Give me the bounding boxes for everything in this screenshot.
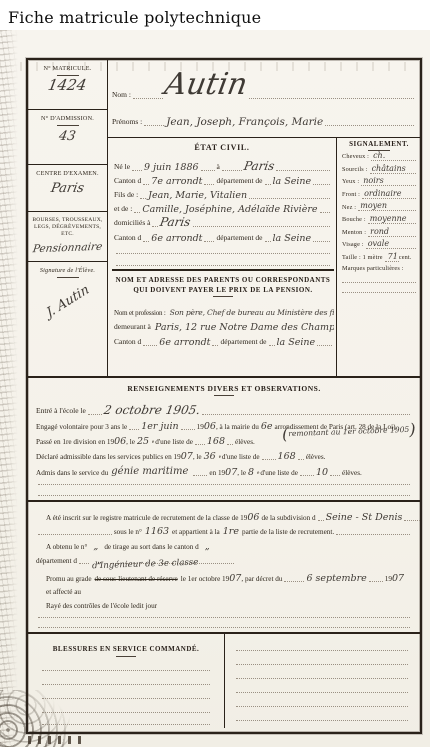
entre-row: Entré à l'école le 2 octobre 1905. [36, 402, 412, 416]
pension-rule [112, 269, 334, 271]
dotted-rule [88, 411, 102, 415]
dotted-rule [269, 342, 275, 346]
year-value: 06 [204, 422, 216, 432]
label: Nom et profession : [114, 309, 166, 317]
blank-row [234, 646, 410, 652]
dotted-rule [320, 209, 331, 213]
demeurant-row: demeurant à Paris, 12 rue Notre Dame des… [114, 320, 334, 332]
dotted-rule [265, 238, 271, 242]
centre-examen-box: CENTRE D'EXAMEN. Paris [28, 165, 107, 212]
ordinal-mark: e [152, 440, 154, 446]
label: et de : [114, 205, 132, 214]
blank-row [36, 613, 412, 619]
label: 19 [385, 575, 392, 583]
signalement-row: Menton : rond [342, 228, 416, 237]
dotted-rule [262, 456, 276, 460]
label: A obtenu le n° [46, 543, 87, 551]
label: cent. [399, 254, 412, 262]
label: Engagé volontaire pour 3 ans le [36, 423, 127, 431]
front-value: ordinaire [362, 190, 416, 199]
signature-box: Signature de l'Élève. J. Autin [28, 262, 107, 376]
father-row: Fils de : Jean, Marie, Vitalien [114, 188, 332, 200]
nom-value: Autin [162, 70, 249, 100]
dotted-rule [404, 517, 420, 521]
label: Nez : [342, 204, 356, 212]
blank-row [234, 702, 410, 708]
matricule-box: N° MATRICULE. 1424 [28, 60, 107, 110]
prenoms-row: Prénoms : Jean, Joseph, François, Marie [112, 112, 416, 127]
canton-value: 6e arrondt [151, 234, 202, 244]
label: de tirage au sort dans le canton d [104, 543, 198, 551]
canton-row-2: Canton d 6e arrondt département de la Se… [114, 231, 332, 243]
class-year-value: 06 [247, 513, 259, 523]
marginal-note: ( remontant au 1er octobre 1905 ). [282, 420, 417, 445]
signature-value: J. Autin [44, 283, 90, 320]
mother-name-value: Camille, Joséphine, Adélaïde Rivière [142, 205, 317, 215]
blank-row [40, 694, 212, 700]
prenoms-label: Prénoms : [112, 118, 142, 127]
label: Canton d [114, 338, 141, 347]
blank-row [234, 660, 410, 666]
affecte-row: et affecté au [36, 586, 422, 596]
dotted-rule [204, 181, 214, 185]
blank-row [36, 623, 412, 629]
label: Déclaré admissible dans les services pub… [36, 453, 181, 461]
taille-value: 71 [385, 253, 399, 262]
divider-rule [116, 656, 136, 657]
list-size-value: 168 [278, 452, 296, 462]
label: partie de la liste de recrutement. [242, 528, 334, 536]
label: Entré à l'école le [36, 407, 86, 416]
signalement-row: Sourcils : châtains [342, 165, 416, 174]
engagement-date-value: 1er juin [141, 422, 178, 432]
year-value: 06 [114, 437, 126, 447]
centre-examen-value: Paris [50, 182, 85, 195]
scan-edge-stain-bottom-marks [28, 736, 86, 744]
label: Fils de : [114, 191, 138, 200]
dotted-rule [313, 181, 330, 185]
label: Canton d [114, 177, 141, 186]
dotted-rule [129, 426, 139, 430]
canton-row-3: Canton d 6e arrondt département de la Se… [114, 335, 334, 347]
dotted-rule [201, 167, 215, 171]
label: Passé en 1re division en 19 [36, 438, 114, 446]
blank-row [114, 249, 332, 255]
signature-label: Signature de l'Élève. [28, 267, 107, 275]
label: , à la mairie du [216, 423, 259, 431]
blank-row [234, 674, 410, 680]
label: Yeux : [342, 178, 359, 186]
entry-date-value: 2 octobre 1905. [103, 404, 201, 416]
departement-value: la Seine [273, 234, 312, 244]
blank-row [234, 716, 410, 722]
signalement-title: SIGNALEMENT. [342, 140, 416, 148]
birth-place-value: Paris [243, 160, 276, 172]
fiche-frame: N° MATRICULE. 1424 N° D'ADMISSION. 43 CE… [26, 58, 422, 734]
list-size-value: 168 [207, 437, 225, 447]
label: Bouche : [342, 216, 366, 224]
partie-value: 1re [223, 527, 239, 537]
label: de la subdivision d [261, 514, 315, 522]
dotted-rule [313, 238, 330, 242]
dotted-rule [193, 223, 330, 227]
blank-row [342, 273, 416, 283]
rank-value: 25 [137, 437, 149, 447]
canton-value: 6e arrondt [159, 338, 210, 348]
marques-label: Marques particulières : [342, 265, 416, 273]
nez-value: moyen [358, 202, 416, 211]
label: domiciliés à [114, 219, 150, 228]
label: d'une liste de [155, 438, 193, 446]
label: Sourcils : [342, 166, 368, 174]
label: , par décret du [241, 575, 282, 583]
dotted-rule [132, 167, 142, 171]
signalement-row: Cheveux : ch. [342, 152, 416, 161]
sous-numero-row: sous le n° 1163 et appartient à la 1re p… [36, 524, 412, 536]
label: le 1er octobre 19 [181, 575, 230, 583]
blank-row [36, 491, 412, 497]
ordinal-mark: e [219, 455, 221, 461]
birth-date-value: 9 juin 1886 [144, 163, 198, 173]
nom-row: Nom : Autin [112, 66, 416, 100]
pension-title-2: QUI DOIVENT PAYER LE PRIX DE LA PENSION. [112, 285, 334, 294]
dotted-rule [38, 531, 112, 535]
label: Menton : [342, 229, 366, 237]
pension-title-text: NOM ET ADRESSE DES PARENTS OU CORRESPOND… [116, 276, 331, 284]
document-scan: N° MATRICULE. 1424 N° D'ADMISSION. 43 CE… [0, 30, 430, 747]
signalement-row: Visage : ovale [342, 240, 416, 249]
dotted-rule [227, 441, 233, 445]
grade-note-value: d'Ingénieur de 3e classe [92, 559, 199, 571]
service-value: génie maritime [111, 467, 188, 477]
passe-row: Passé en 1re division en 19 06 , le 25 e… [36, 434, 282, 446]
label: Rayé des contrôles de l'école ledit jour [46, 602, 157, 610]
section-rule [28, 500, 420, 502]
renseignements-title: RENSEIGNEMENTS DIVERS ET OBSERVATIONS. [28, 383, 420, 393]
dotted-rule [249, 95, 414, 99]
label: département de [216, 177, 262, 186]
matricule-label: N° MATRICULE. [28, 65, 107, 73]
label: et appartient à la [172, 528, 220, 536]
menton-value: rond [368, 228, 416, 237]
domicile-row: domiciliés à Paris [114, 216, 332, 228]
label: Né le [114, 163, 130, 172]
dotted-rule [202, 411, 410, 415]
centre-examen-label: CENTRE D'EXAMEN. [28, 170, 107, 178]
bourses-value: Pensionnaire [32, 242, 103, 255]
label: d'une liste de [260, 469, 298, 477]
decret-date-value: 6 septembre [306, 574, 366, 584]
label: d'une liste de [222, 453, 260, 461]
blank-row [40, 708, 212, 714]
departement-value: la Seine [273, 177, 312, 187]
dotted-rule [204, 238, 214, 242]
admission-label: N° D'ADMISSION. [28, 115, 107, 123]
dotted-rule [265, 181, 271, 185]
dotted-rule [222, 167, 242, 171]
label: département de [216, 234, 262, 243]
dotted-rule [330, 472, 340, 476]
dotted-rule [195, 441, 205, 445]
ditto-mark: „ [93, 542, 98, 552]
canton-row-1: Canton d 7e arrondt département de la Se… [114, 174, 332, 186]
promu-row: Promu au grade de sous-lieutenant de rés… [36, 571, 422, 583]
blessures-title: BLESSURES EN SERVICE COMMANDÉ. [40, 643, 212, 653]
dotted-rule [140, 195, 146, 199]
pension-title-text: QUI DOIVENT PAYER LE PRIX DE LA PENSION. [133, 286, 312, 294]
renseignements-title-text: RENSEIGNEMENTS DIVERS ET OBSERVATIONS. [127, 384, 320, 393]
list-size-value: 10 [316, 468, 328, 478]
dotted-rule [276, 167, 330, 171]
dotted-rule [249, 195, 330, 199]
year-value: 07 [392, 574, 404, 584]
blank-row [40, 680, 212, 686]
admis-row: Admis dans le service du génie maritime … [36, 464, 412, 477]
blank-row [36, 480, 412, 486]
dotted-rule [317, 342, 332, 346]
blank-row [234, 688, 410, 694]
bourses-box: BOURSES, TROUSSEAUX, LEGS, DÉGRÈVEMENTS,… [28, 212, 107, 262]
taille-row: Taille : 1 mètre 71 cent. [342, 253, 416, 262]
label: département d [36, 557, 77, 565]
dotted-rule [144, 122, 164, 126]
blank-row [40, 666, 212, 672]
blessures-divider [224, 632, 225, 728]
nom-label: Nom : [112, 91, 131, 100]
label: Promu au grade [46, 575, 92, 583]
departement-value: la Seine [277, 338, 316, 348]
signalement-row: Front : ordinaire [342, 190, 416, 199]
label: Taille : 1 mètre [342, 254, 383, 262]
matricule-recrutement-value: 1163 [145, 527, 169, 537]
dotted-rule [152, 223, 158, 227]
year-value: 07 [229, 574, 241, 584]
signalement-row: Yeux : noirs [342, 177, 416, 186]
dotted-rule [193, 472, 207, 476]
etat-civil-title-text: ÉTAT CIVIL. [194, 143, 249, 152]
dotted-rule [134, 209, 140, 213]
signalement-column: SIGNALEMENT. Cheveux : ch. Sourcils : ch… [336, 137, 420, 376]
struck-grade-label: de sous-lieutenant de réserve [95, 575, 178, 583]
page-title: Fiche matricule polytechnique [8, 8, 261, 27]
dotted-rule [369, 578, 383, 582]
dotted-rule [143, 181, 149, 185]
canton-value: 7e arrondt [151, 177, 202, 187]
matricule-value: 1424 [47, 78, 88, 93]
admission-box: N° D'ADMISSION. 43 [28, 110, 107, 165]
left-column: N° MATRICULE. 1424 N° D'ADMISSION. 43 CE… [28, 60, 108, 376]
label: Admis dans le service du [36, 469, 108, 477]
visage-value: ovale [366, 240, 416, 249]
obtenu-row: A obtenu le n° „ de tirage au sort dans … [36, 539, 422, 551]
blank-row [342, 283, 416, 293]
arrondissement-value: 6e [261, 422, 273, 432]
label: département de [220, 338, 266, 347]
rank-value: 8 [248, 468, 254, 478]
mother-row: et de : Camille, Joséphine, Adélaïde Riv… [114, 202, 332, 214]
label: , le [126, 438, 135, 446]
dotted-rule [212, 342, 218, 346]
label: Cheveux : [342, 153, 369, 161]
label: élèves. [235, 438, 255, 446]
dotted-rule [79, 560, 89, 564]
dotted-rule [298, 456, 304, 460]
sourcils-value: châtains [370, 165, 416, 174]
label: sous le n° [114, 528, 142, 536]
birth-row: Né le 9 juin 1886 à Paris [114, 159, 332, 172]
divider-rule [214, 395, 234, 396]
raye-row: Rayé des contrôles de l'école ledit jour [36, 600, 422, 610]
subdivision-value: Seine - St Denis [326, 513, 403, 523]
divider-rule [57, 125, 79, 126]
label: Canton d [114, 234, 141, 243]
label: A été inscrit sur le registre matricule … [46, 514, 247, 522]
profession-row: Nom et profession : Son père, Chef de bu… [114, 305, 334, 317]
cheveux-value: ch. [371, 152, 416, 161]
year-value: 07 [225, 468, 237, 478]
label: , le [237, 469, 246, 477]
year-value: 07 [181, 452, 193, 462]
label: 19 [197, 423, 204, 431]
label: à [217, 163, 220, 172]
father-name-value: Jean, Marie, Vitalien [148, 191, 247, 201]
address-value: Paris, 12 rue Notre Dame des Champs [155, 323, 334, 333]
label: demeurant à [114, 323, 151, 332]
label: élèves. [342, 469, 362, 477]
bouche-value: moyenne [368, 215, 416, 224]
label: en 19 [209, 469, 225, 477]
label: Visage : [342, 241, 364, 249]
declare-row: Déclaré admissible dans les services pub… [36, 449, 412, 461]
label: élèves. [306, 453, 326, 461]
etat-civil-title: ÉTAT CIVIL. [112, 142, 332, 152]
label: et affecté au [46, 588, 81, 596]
bourses-label: BOURSES, TROUSSEAUX, LEGS, DÉGRÈVEMENTS,… [28, 217, 107, 238]
yeux-value: noirs [361, 177, 416, 186]
divider-rule [57, 277, 79, 278]
blank-row [114, 261, 332, 267]
inscrit-row: A été inscrit sur le registre matricule … [36, 510, 422, 522]
signalement-row: Nez : moyen [342, 202, 416, 211]
blessures-title-text: BLESSURES EN SERVICE COMMANDÉ. [53, 645, 200, 653]
label: , le [193, 453, 202, 461]
rank-value: 36 [204, 452, 216, 462]
dotted-rule [284, 578, 304, 582]
domicile-value: Paris [159, 216, 192, 228]
scan-edge-stain-left [0, 30, 18, 747]
dotted-rule [133, 95, 163, 99]
dotted-rule [336, 531, 410, 535]
dotted-rule [325, 122, 414, 126]
dotted-rule [143, 238, 149, 242]
admission-value: 43 [58, 130, 77, 143]
dotted-rule [318, 517, 324, 521]
blank-row [40, 720, 212, 726]
dotted-rule [300, 472, 314, 476]
ditto-mark: „ [205, 542, 210, 552]
note-text: remontant au 1er octobre 1905 [288, 426, 409, 438]
pension-title-1: NOM ET ADRESSE DES PARENTS OU CORRESPOND… [112, 275, 334, 284]
signalement-row: Bouche : moyenne [342, 215, 416, 224]
ordinal-mark: e [257, 471, 259, 477]
dotted-rule [181, 426, 195, 430]
divider-rule [213, 296, 233, 297]
section-rule [28, 376, 420, 378]
profession-value: Son père, Chef de bureau au Ministère de… [170, 309, 334, 317]
label: Front : [342, 191, 360, 199]
dotted-rule [143, 342, 157, 346]
prenoms-value: Jean, Joseph, François, Marie [166, 117, 323, 128]
